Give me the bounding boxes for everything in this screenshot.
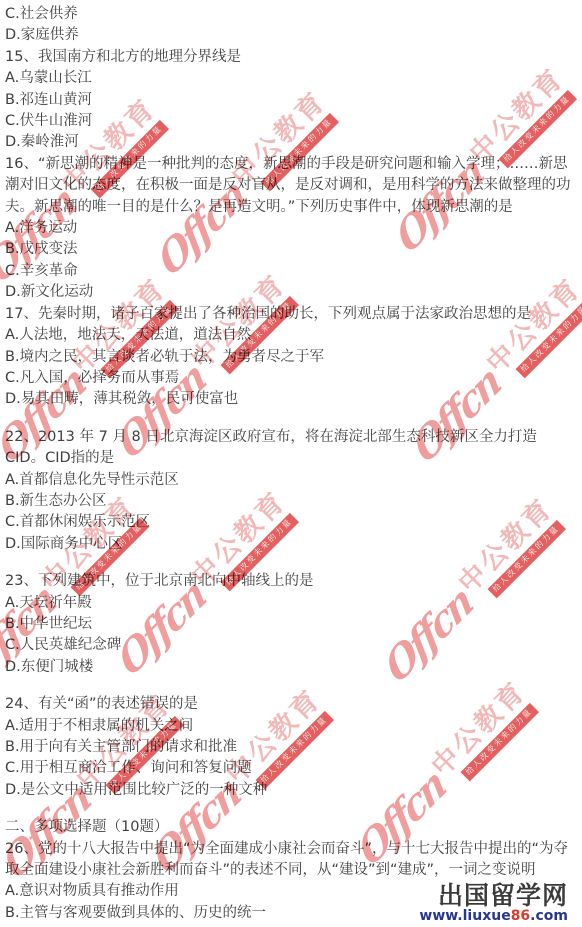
text-paragraph: A.首都信息化先导性示范区 [5, 470, 579, 491]
text-paragraph: C.首都休闲娱乐示范区 [5, 512, 579, 533]
text-paragraph: A.适用于不相隶属的机关之间 [5, 716, 579, 737]
text-paragraph: D.易其田畴，薄其税敛，民可使富也 [5, 389, 579, 410]
text-paragraph: D.是公文中适用范围比较广泛的一种文种 [5, 780, 579, 801]
text-paragraph: A.乌蒙山长江 [5, 68, 579, 89]
text-paragraph: 23、下列建筑中，位于北京南北向中轴线上的是 [5, 571, 579, 592]
question-text-layer: C.社会供养D.家庭供养15、我国南方和北方的地理分界线是A.乌蒙山长江B.祁连… [5, 4, 579, 924]
text-paragraph: A.洋务运动 [5, 218, 579, 239]
text-paragraph: 二、多项选择题（10题） [5, 817, 579, 838]
text-paragraph: A.人法地，地法天，天法道，道法自然 [5, 325, 579, 346]
liuxue86-url-prefix: www.liuxue [419, 908, 510, 924]
question-block: 23、下列建筑中，位于北京南北向中轴线上的是A.天坛祈年殿B.中华世纪坛C.人民… [5, 571, 579, 678]
text-paragraph: C.伏牛山淮河 [5, 111, 579, 132]
question-block: 22、2013 年 7 月 8 日北京海淀区政府宣布，将在海淀北部生态科技新区全… [5, 427, 579, 555]
text-paragraph: B.戊戌变法 [5, 239, 579, 260]
liuxue86-site-name: 出国留学网 [419, 883, 568, 909]
text-paragraph: D.东便门城楼 [5, 657, 579, 678]
question-block: 16、“新思潮的精神是一种批判的态度，新思潮的手段是研究问题和输入学理；……新思… [5, 154, 579, 304]
text-paragraph: B.新生态办公区 [5, 491, 579, 512]
text-paragraph: 22、2013 年 7 月 8 日北京海淀区政府宣布，将在海淀北部生态科技新区全… [5, 427, 579, 470]
text-paragraph: C.社会供养 [5, 4, 579, 25]
text-paragraph: B.境内之民，其言谈者必轨于法，为勇者尽之于军 [5, 347, 579, 368]
text-paragraph: D.国际商务中心区 [5, 534, 579, 555]
question-block: 15、我国南方和北方的地理分界线是A.乌蒙山长江B.祁连山黄河C.伏牛山淮河D.… [5, 47, 579, 154]
question-block: C.社会供养D.家庭供养 [5, 4, 579, 47]
liuxue86-url-number: 86 [511, 908, 530, 924]
exam-document-page: C.社会供养D.家庭供养15、我国南方和北方的地理分界线是A.乌蒙山长江B.祁连… [0, 0, 582, 927]
text-paragraph: 16、“新思潮的精神是一种批判的态度，新思潮的手段是研究问题和输入学理；……新思… [5, 154, 579, 218]
text-paragraph: D.家庭供养 [5, 25, 579, 46]
text-paragraph: 15、我国南方和北方的地理分界线是 [5, 47, 579, 68]
text-paragraph: D.新文化运动 [5, 282, 579, 303]
text-paragraph: C.人民英雄纪念碑 [5, 635, 579, 656]
text-paragraph: C.凡入国，必择务而从事焉 [5, 368, 579, 389]
liuxue86-logo: 出国留学网 www.liuxue86.com [419, 883, 568, 924]
text-paragraph: C.用于相互商洽工作、询问和答复问题 [5, 758, 579, 779]
text-paragraph: 17、先秦时期，诸子百家提出了各种治国的助长，下列观点属于法家政治思想的是 [5, 304, 579, 325]
question-block: 24、有关“函”的表述错误的是A.适用于不相隶属的机关之间B.用于向有关主管部门… [5, 694, 579, 801]
liuxue86-url: www.liuxue86.com [419, 909, 568, 924]
text-paragraph: D.秦岭淮河 [5, 132, 579, 153]
text-paragraph: B.用于向有关主管部门的请求和批准 [5, 737, 579, 758]
question-block: 17、先秦时期，诸子百家提出了各种治国的助长，下列观点属于法家政治思想的是A.人… [5, 304, 579, 411]
text-paragraph: B.中华世纪坛 [5, 614, 579, 635]
liuxue86-url-suffix: .com [530, 908, 568, 924]
text-paragraph: C.辛亥革命 [5, 261, 579, 282]
text-paragraph: B.祁连山黄河 [5, 90, 579, 111]
text-paragraph: 26、党的十八大报告中提出“为全面建成小康社会而奋斗”，与十七大报告中提出的“为… [5, 839, 579, 882]
text-paragraph: 24、有关“函”的表述错误的是 [5, 694, 579, 715]
text-paragraph: A.天坛祈年殿 [5, 593, 579, 614]
